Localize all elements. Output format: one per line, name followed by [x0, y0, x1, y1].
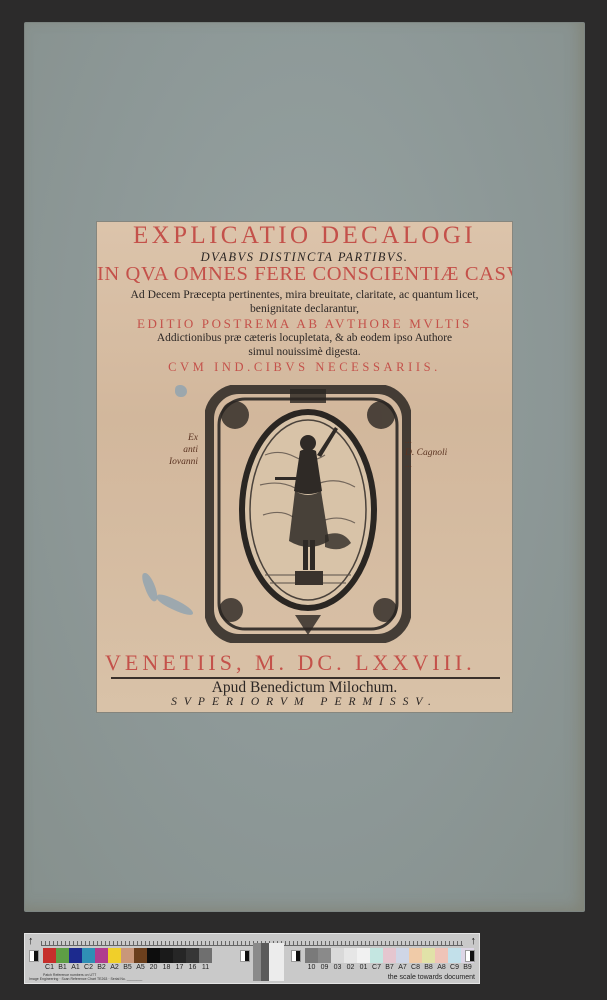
note-line: Ex: [169, 432, 198, 444]
color-patch-c2: C2: [82, 948, 95, 963]
color-patch-b1: B1: [56, 948, 69, 963]
title-line-5: benignitate declarantur,: [97, 302, 512, 315]
handwritten-note-right: ... D. Cagnoli ...: [405, 435, 447, 471]
note-line: Iovanni: [169, 456, 198, 468]
color-patch-11: 11: [199, 948, 212, 963]
color-patch-c9: C9: [448, 948, 461, 963]
bw-target-icon: [29, 950, 39, 962]
up-arrow-icon: ↑: [28, 935, 34, 947]
note-line: ...: [405, 435, 447, 447]
imprint-printer: Apud Benedictum Milochum.: [97, 679, 512, 697]
right-color-patches: 1009030201C7B7A7C8B8A8C9B9: [305, 948, 474, 963]
title-line-9: CVM IND.CIBVS NECESSARIIS.: [97, 360, 512, 375]
bw-target-icon: [240, 950, 250, 962]
note-line: ...: [405, 459, 447, 471]
imprint-permission: SVPERIORVM PERMISSV.: [97, 696, 512, 708]
color-patch-b7: B7: [383, 948, 396, 963]
color-patch-c8: C8: [409, 948, 422, 963]
color-patch-b8: B8: [422, 948, 435, 963]
note-line: anti: [169, 444, 198, 456]
patch-label: 11: [196, 964, 215, 971]
color-patch-20: 20: [147, 948, 160, 963]
imprint-place-date: VENETIIS, M. DC. LXXVIII.: [105, 650, 476, 676]
water-stain: [175, 385, 187, 397]
color-scale-bar: ↑ ↑ C1B1A1C2B2A2B5A52018171611 100903020…: [24, 933, 480, 984]
handwritten-note-left: Ex anti Iovanni: [169, 432, 198, 468]
water-stain: [155, 592, 195, 618]
emblem-engraving: [205, 385, 411, 643]
color-patch-16: 16: [186, 948, 199, 963]
color-patch-c1: C1: [43, 948, 56, 963]
title-line-4: Ad Decem Præcepta pertinentes, mira breu…: [97, 288, 512, 301]
color-patch-a5: A5: [134, 948, 147, 963]
ruler-ticks: [41, 938, 463, 946]
color-patch-a7: A7: [396, 948, 409, 963]
bw-target-icon: [291, 950, 301, 962]
title-line-6: EDITIO POSTREMA AB AVTHORE MVLTIS: [97, 316, 512, 332]
color-patch-b2: B2: [95, 948, 108, 963]
left-color-patches: C1B1A1C2B2A2B5A52018171611: [43, 948, 212, 963]
color-patch-01: 01: [357, 948, 370, 963]
color-patch-b5: B5: [121, 948, 134, 963]
color-patch-c7: C7: [370, 948, 383, 963]
title-line-1: EXPLICATIO DECALOGI: [97, 222, 512, 250]
color-patch-09: 09: [318, 948, 331, 963]
color-patch-a8: A8: [435, 948, 448, 963]
color-patch-a1: A1: [69, 948, 82, 963]
bw-target-icon: [465, 950, 475, 962]
title-page: EXPLICATIO DECALOGI DVABVS DISTINCTA PAR…: [97, 222, 512, 712]
color-patch-a2: A2: [108, 948, 121, 963]
title-line-3: IN QVA OMNES FERE CONSCIENTIÆ CASVS,: [97, 263, 512, 286]
grey-step-wedge: [253, 943, 284, 981]
scale-caption: the scale towards document: [388, 974, 475, 981]
chart-fine-print: Image Engineering · Scan Reference Chart…: [29, 977, 142, 981]
patch-label: B9: [458, 964, 477, 971]
title-line-8: simul nouissimè digesta.: [97, 346, 512, 358]
color-patch-02: 02: [344, 948, 357, 963]
color-patch-17: 17: [173, 948, 186, 963]
color-patch-18: 18: [160, 948, 173, 963]
note-line: D. Cagnoli: [405, 447, 447, 459]
up-arrow-icon: ↑: [471, 935, 477, 947]
title-line-7: Addictionibus præ cæteris locupletata, &…: [97, 332, 512, 344]
color-patch-10: 10: [305, 948, 318, 963]
color-patch-03: 03: [331, 948, 344, 963]
